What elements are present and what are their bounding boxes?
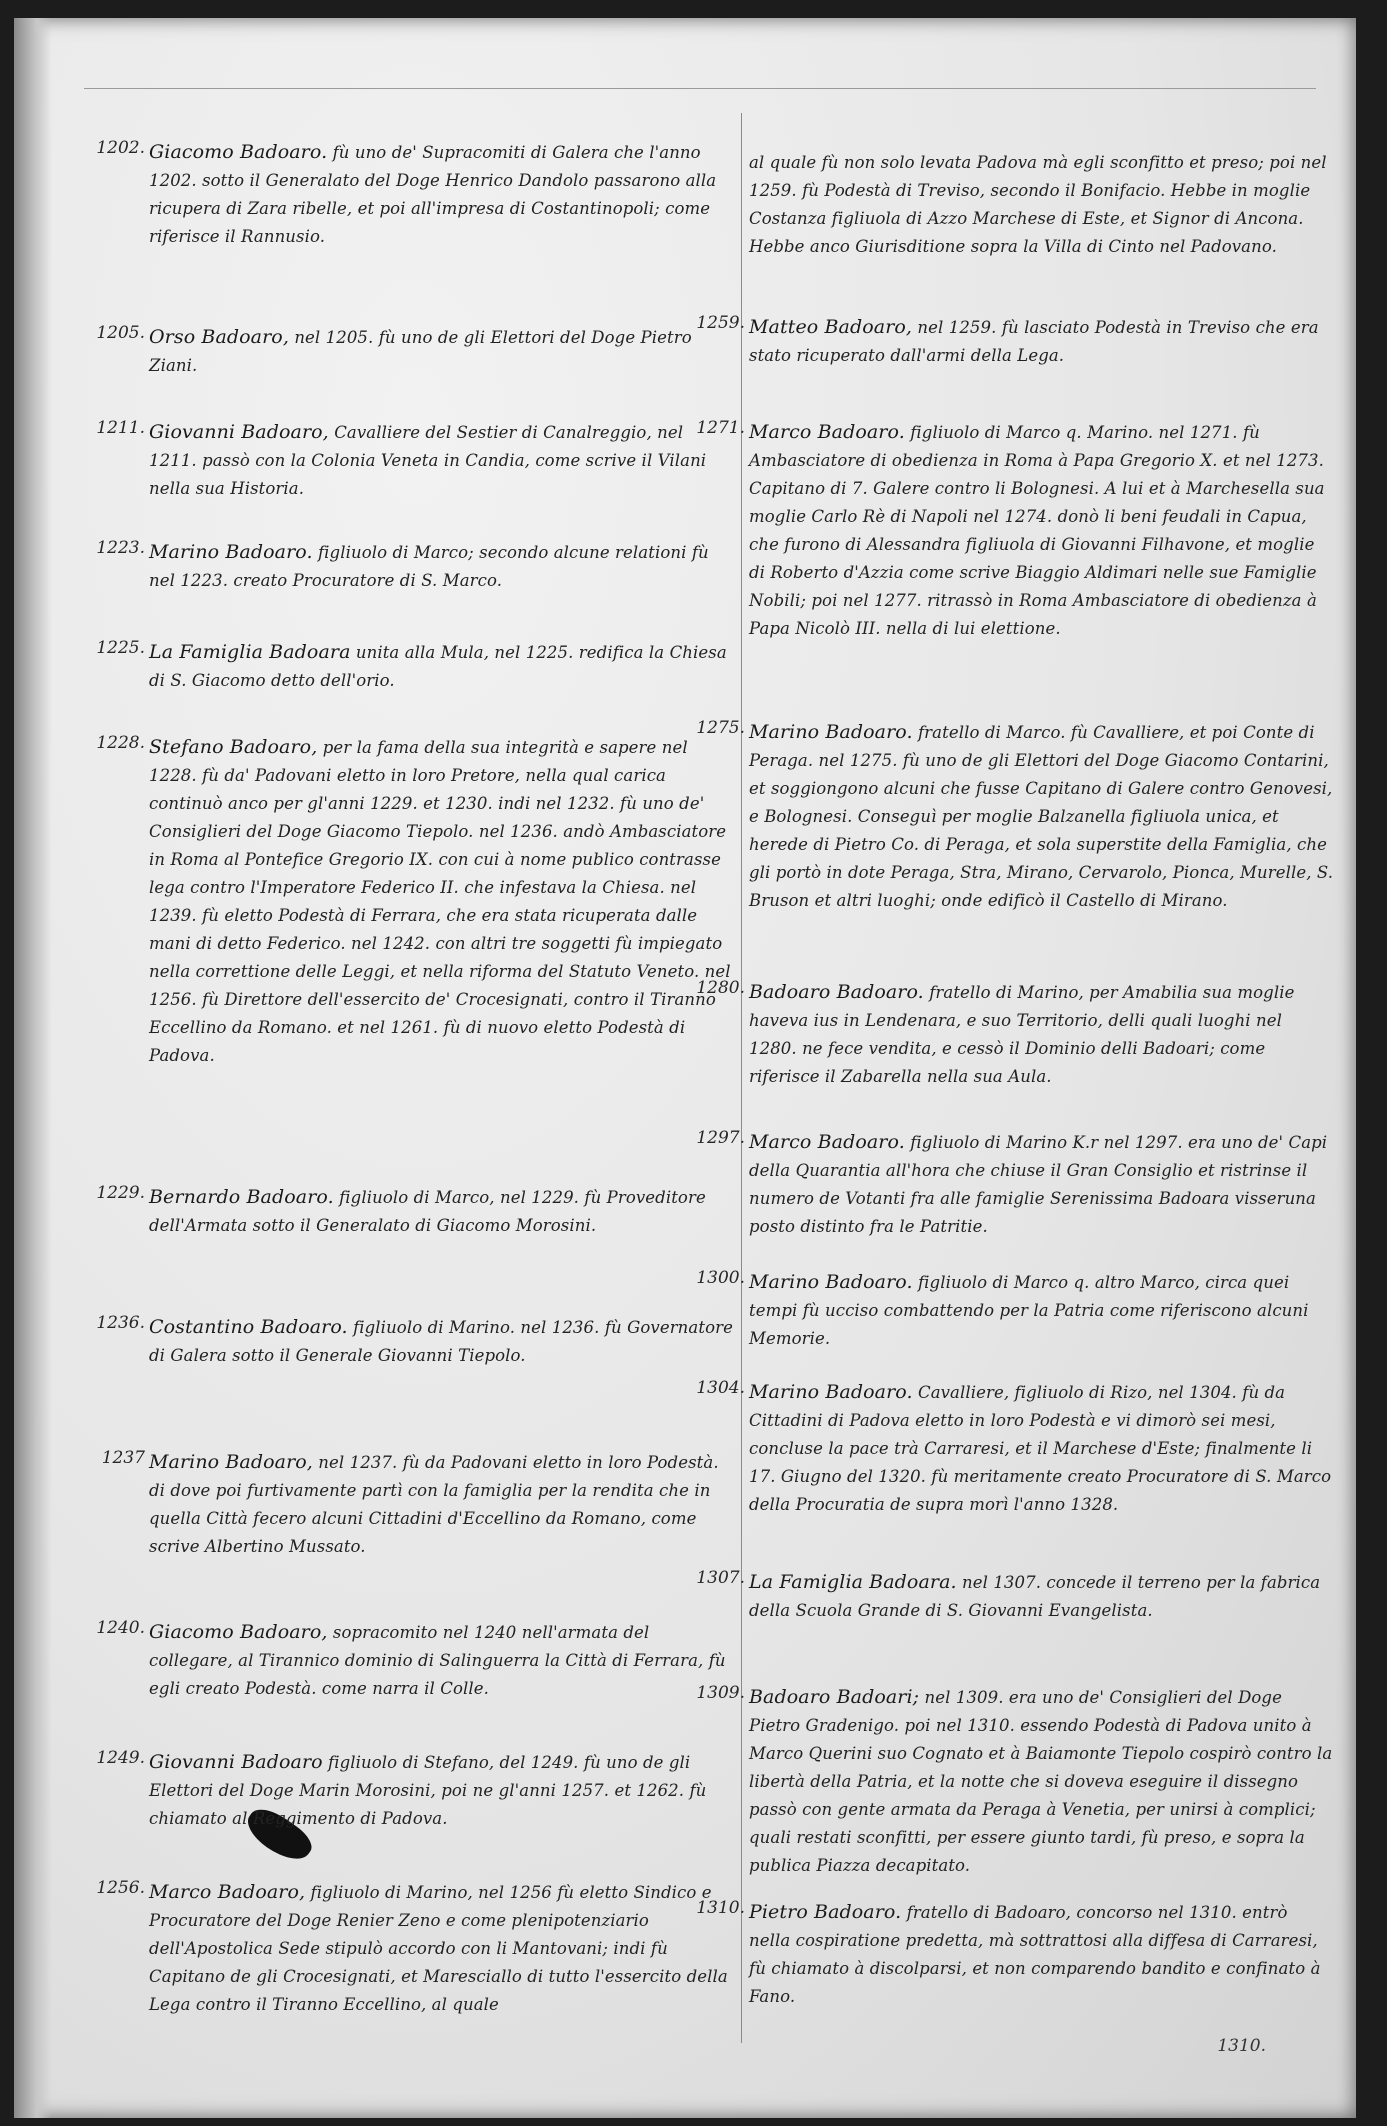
entry-name: Marco Badoaro. bbox=[749, 421, 905, 443]
entry-name: Giovanni Badoaro bbox=[149, 1751, 323, 1773]
entry-name: Badoaro Badoari; bbox=[749, 1686, 919, 1708]
entry-text: Marino Badoaro. fratello di Marco. fù Ca… bbox=[749, 718, 1334, 915]
entry-name: Marino Badoaro. bbox=[749, 721, 913, 743]
entry-name: Marco Badoaro, bbox=[149, 1881, 305, 1903]
entry-name: Pietro Badoaro. bbox=[749, 1901, 901, 1923]
entry: 1228. Stefano Badoaro, per la fama della… bbox=[149, 733, 734, 1070]
entry-text: Marco Badoaro. figliuolo di Marco q. Mar… bbox=[749, 418, 1334, 643]
top-rule-line bbox=[84, 88, 1316, 89]
entry: 1236. Costantino Badoaro. figliuolo di M… bbox=[149, 1313, 734, 1370]
entry-name: Giovanni Badoaro, bbox=[149, 421, 329, 443]
entry-text: Matteo Badoaro, nel 1259. fù lasciato Po… bbox=[749, 313, 1334, 370]
entry-year: 1229. bbox=[87, 1183, 145, 1203]
entry-name: Stefano Badoaro, bbox=[149, 736, 317, 758]
entry-name: Orso Badoaro, bbox=[149, 326, 289, 348]
entry-year: 1202. bbox=[87, 138, 145, 158]
entry: 1271. Marco Badoaro. figliuolo di Marco … bbox=[749, 418, 1334, 643]
entry-year: 1256. bbox=[87, 1878, 145, 1898]
entry: 1300. Marino Badoaro. figliuolo di Marco… bbox=[749, 1268, 1334, 1353]
entry-text: Marino Badoaro. Cavalliere, figliuolo di… bbox=[749, 1378, 1334, 1519]
entry: 1297. Marco Badoaro. figliuolo di Marino… bbox=[749, 1128, 1334, 1241]
entry-text: Giacomo Badoaro, sopracomito nel 1240 ne… bbox=[149, 1618, 734, 1703]
entry-name: La Famiglia Badoara. bbox=[749, 1571, 957, 1593]
entry: 1237 Marino Badoaro, nel 1237. fù da Pad… bbox=[149, 1448, 734, 1561]
entry-text: La Famiglia Badoara unita alla Mula, nel… bbox=[149, 638, 734, 695]
entry-name: Marino Badoaro, bbox=[149, 1451, 313, 1473]
binding-shadow bbox=[14, 18, 52, 2118]
entry: 1275. Marino Badoaro. fratello di Marco.… bbox=[749, 718, 1334, 915]
entry-year: 1307. bbox=[687, 1568, 745, 1588]
entry-text: Giovanni Badoaro figliuolo di Stefano, d… bbox=[149, 1748, 734, 1833]
entry-year: 1259. bbox=[687, 313, 745, 333]
column-divider bbox=[741, 113, 742, 2043]
entry-year: 1297. bbox=[687, 1128, 745, 1148]
entry-text: Orso Badoaro, nel 1205. fù uno de gli El… bbox=[149, 323, 734, 380]
entry-text: Marino Badoaro. figliuolo di Marco; seco… bbox=[149, 538, 734, 595]
entry: 1205. Orso Badoaro, nel 1205. fù uno de … bbox=[149, 323, 734, 380]
entry-name: Giacomo Badoaro, bbox=[149, 1621, 328, 1643]
entry: 1211. Giovanni Badoaro, Cavalliere del S… bbox=[149, 418, 734, 503]
entry: 1310. Pietro Badoaro. fratello di Badoar… bbox=[749, 1898, 1334, 2011]
entry-year: 1309. bbox=[687, 1683, 745, 1703]
entry-year: 1228. bbox=[87, 733, 145, 753]
entry-text: Giacomo Badoaro. fù uno de' Supracomiti … bbox=[149, 138, 734, 251]
entry-year: 1205. bbox=[87, 323, 145, 343]
entry-text: Stefano Badoaro, per la fama della sua i… bbox=[149, 733, 734, 1070]
entry-name: Bernardo Badoaro. bbox=[149, 1186, 334, 1208]
folio-number: 1310. bbox=[1217, 2036, 1266, 2056]
entry: 1223. Marino Badoaro. figliuolo di Marco… bbox=[149, 538, 734, 595]
entry: 1225. La Famiglia Badoara unita alla Mul… bbox=[149, 638, 734, 695]
entry-year: 1300. bbox=[687, 1268, 745, 1288]
entry-text: Bernardo Badoaro. figliuolo di Marco, ne… bbox=[149, 1183, 734, 1240]
entry-text: Pietro Badoaro. fratello di Badoaro, con… bbox=[749, 1898, 1334, 2011]
entry: 1249. Giovanni Badoaro figliuolo di Stef… bbox=[149, 1748, 734, 1833]
entry-name: Giacomo Badoaro. bbox=[149, 141, 327, 163]
entry-year: 1237 bbox=[87, 1448, 145, 1468]
entry-name: La Famiglia Badoara bbox=[149, 641, 351, 663]
entry: 1280. Badoaro Badoaro. fratello di Marin… bbox=[749, 978, 1334, 1091]
entry-year: 1223. bbox=[87, 538, 145, 558]
entry-name: Badoaro Badoaro. bbox=[749, 981, 924, 1003]
entry-text: Badoaro Badoari; nel 1309. era uno de' C… bbox=[749, 1683, 1334, 1880]
entry-name: Costantino Badoaro. bbox=[149, 1316, 348, 1338]
entry: 1229. Bernardo Badoaro. figliuolo di Mar… bbox=[149, 1183, 734, 1240]
entry-name: Marco Badoaro. bbox=[749, 1131, 905, 1153]
entry-year: 1211. bbox=[87, 418, 145, 438]
entry-year: 1249. bbox=[87, 1748, 145, 1768]
entry-year: 1225. bbox=[87, 638, 145, 658]
entry: al quale fù non solo levata Padova mà eg… bbox=[749, 148, 1334, 261]
entry-year: 1275. bbox=[687, 718, 745, 738]
entry: 1256. Marco Badoaro, figliuolo di Marino… bbox=[149, 1878, 734, 2019]
entry: 1304. Marino Badoaro. Cavalliere, figliu… bbox=[749, 1378, 1334, 1519]
entry: 1240. Giacomo Badoaro, sopracomito nel 1… bbox=[149, 1618, 734, 1703]
entry-text: Badoaro Badoaro. fratello di Marino, per… bbox=[749, 978, 1334, 1091]
entry-text: La Famiglia Badoara. nel 1307. concede i… bbox=[749, 1568, 1334, 1625]
entry: 1259. Matteo Badoaro, nel 1259. fù lasci… bbox=[749, 313, 1334, 370]
entry: 1202. Giacomo Badoaro. fù uno de' Suprac… bbox=[149, 138, 734, 251]
entry-year: 1271. bbox=[687, 418, 745, 438]
entry-text: Costantino Badoaro. figliuolo di Marino.… bbox=[149, 1313, 734, 1370]
entry-name: Marino Badoaro. bbox=[749, 1381, 913, 1403]
entry-text: Marco Badoaro. figliuolo di Marino K.r n… bbox=[749, 1128, 1334, 1241]
entry-text: Marco Badoaro, figliuolo di Marino, nel … bbox=[149, 1878, 734, 2019]
entry-year: 1280. bbox=[687, 978, 745, 998]
entry-year: 1240. bbox=[87, 1618, 145, 1638]
entry-text: al quale fù non solo levata Padova mà eg… bbox=[749, 148, 1334, 261]
entry-name: Marino Badoaro. bbox=[749, 1271, 913, 1293]
entry-year: 1236. bbox=[87, 1313, 145, 1333]
entry-name: Matteo Badoaro, bbox=[749, 316, 912, 338]
entry-text: Giovanni Badoaro, Cavalliere del Sestier… bbox=[149, 418, 734, 503]
entry-text: Marino Badoaro. figliuolo di Marco q. al… bbox=[749, 1268, 1334, 1353]
entry: 1309. Badoaro Badoari; nel 1309. era uno… bbox=[749, 1683, 1334, 1880]
manuscript-page: 1202. Giacomo Badoaro. fù uno de' Suprac… bbox=[14, 18, 1356, 2118]
entry: 1307. La Famiglia Badoara. nel 1307. con… bbox=[749, 1568, 1334, 1625]
entry-year: 1304. bbox=[687, 1378, 745, 1398]
entry-year: 1310. bbox=[687, 1898, 745, 1918]
entry-name: Marino Badoaro. bbox=[149, 541, 313, 563]
entry-text: Marino Badoaro, nel 1237. fù da Padovani… bbox=[149, 1448, 734, 1561]
